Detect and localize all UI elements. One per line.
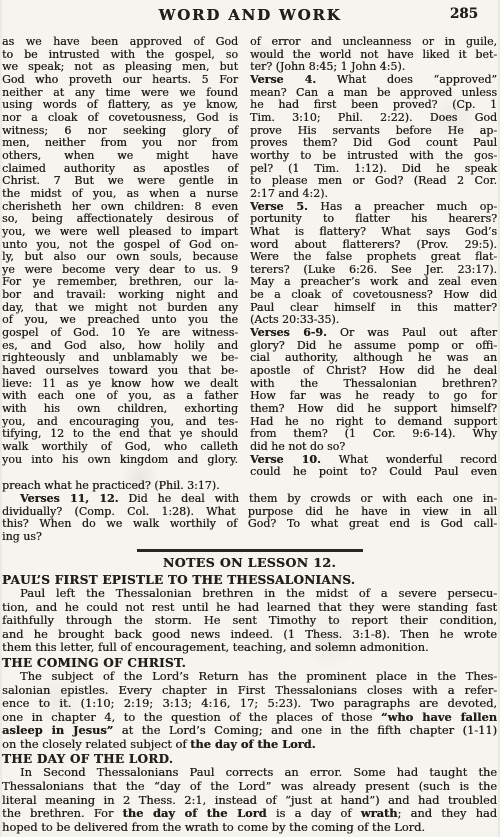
subsection-body-epistle: Paul left the Thessalonian brethren in t… — [2, 587, 497, 655]
text-line: Paul left the Thessalonian brethren in t… — [2, 587, 497, 601]
text-segment: Thessalonians that the “day of the Lord”… — [2, 779, 497, 793]
text-segment: Paul clear himself in this matter? — [250, 301, 497, 314]
left-column: as we have been approved of Godto be int… — [2, 36, 238, 479]
text-segment: May a preacher’s work and zeal even — [250, 275, 497, 288]
text-segment: claimed authority as apostles of — [2, 162, 238, 175]
right-column: of error and uncleanness or in guile,wou… — [250, 36, 497, 479]
text-segment: salonian epistles. Every chapter in Firs… — [2, 683, 497, 697]
bold-text-segment: wrath — [361, 806, 398, 820]
bold-text-segment: Verse 10. — [250, 453, 321, 466]
text-segment: Did he deal with them by crowds or with … — [118, 492, 497, 505]
text-segment: unto you, not the gospel of God on- — [2, 238, 238, 251]
page-header: WORD AND WORK 285 — [0, 0, 500, 33]
text-segment: Christ. 7 But we were gentle in — [2, 174, 238, 187]
notes-subsection-coming-of-christ: THE COMING OF CHRIST. The subject of the… — [2, 656, 497, 752]
text-segment: at the Lord’s Coming; and one in the fif… — [113, 723, 497, 737]
bold-text-segment: “who have fallen — [381, 710, 497, 724]
text-segment: ence to it. (1:10; 2:19; 3:13; 4:16, 17;… — [2, 696, 497, 710]
notes-subsection-day-of-the-lord: THE DAY OF THE LORD. In Second Thessalon… — [2, 752, 497, 834]
text-segment: we speak; not as pleasing men, but — [2, 60, 238, 73]
bold-text-segment: the day of the Lord — [123, 806, 267, 820]
text-segment: 2:17 and 4:2). — [250, 187, 328, 200]
text-segment: did he not do so? — [250, 440, 345, 453]
text-line: ence to it. (1:10; 2:19; 3:13; 4:16, 17;… — [2, 697, 497, 711]
text-segment: this? When do we walk worthily of God? T… — [2, 517, 497, 530]
text-segment: word about flatterers? (Prov. 29:5). — [250, 238, 497, 251]
text-segment: on the closely related subject of — [2, 737, 190, 751]
text-segment: For ye remember, brethren, our la- — [2, 275, 238, 288]
text-segment: proves them? Did God count Paul — [250, 136, 497, 149]
text-segment: Tim. 3:10; Phil. 2:22). Does God — [250, 111, 497, 124]
text-segment: literal meaning in 2 Thess. 2:1, instead… — [2, 793, 497, 807]
text-segment: glory? Did he assume pomp or offi- — [250, 339, 497, 352]
scanned-page: WORD AND WORK 285 as we have been approv… — [0, 0, 500, 837]
text-segment: Has a preacher much op- — [308, 200, 497, 213]
text-segment: he had first been proved? (Cp. 1 — [250, 98, 497, 111]
text-line: on the closely related subject of the da… — [2, 738, 497, 752]
text-segment: (Acts 20:33-35). — [250, 313, 339, 326]
text-segment: from them? (1 Cor. 9:6-14). Why — [250, 427, 497, 440]
bold-text-segment: Verse 4. — [250, 73, 316, 86]
text-segment: the brethren. For — [2, 806, 123, 820]
text-segment: and he brought back good news indeed. (1… — [2, 627, 497, 641]
text-segment: tion, and he could not rest until he had… — [2, 600, 497, 614]
bold-text-segment: the day of the Lord. — [190, 737, 315, 751]
merged-full-width-text: preach what he practiced? (Phil. 3:17).V… — [0, 479, 500, 544]
text-segment: apostle of Christ? How did he deal — [250, 364, 497, 377]
text-segment: cherisheth her own children: 8 even — [2, 200, 238, 213]
text-segment: faithfully through the storm. He sent Ti… — [2, 613, 497, 627]
text-segment: The subject of the Lord’s Return has the… — [20, 669, 497, 683]
text-segment: with each one of you, as a father — [2, 389, 238, 402]
text-segment: cial authority, although he was an — [250, 351, 497, 364]
text-segment: be a cloak of covetousness? How did — [250, 288, 497, 301]
text-segment: dividually? (Comp. Col. 1:28). What purp… — [2, 505, 497, 518]
text-line: hoped to be delivered from the wrath to … — [2, 821, 497, 835]
notes-subsection-epistle: PAUL’S FIRST EPISTLE TO THE THESSALONIAN… — [2, 573, 497, 655]
text-segment: portunity to flatter his hearers? — [250, 212, 497, 225]
text-segment: you into his own kingdom and glory. — [2, 453, 238, 466]
text-segment: mean? Can a man be approved unless — [250, 86, 497, 99]
text-segment: of error and uncleanness or in guile, — [250, 35, 497, 48]
text-segment: ye were become very dear to us. 9 — [2, 263, 238, 276]
text-segment: tifying, 12 to the end that ye should — [2, 427, 238, 440]
text-segment: with the Thessalonian brethren? — [250, 377, 497, 390]
text-segment: neither at any time were we found — [2, 86, 238, 99]
text-segment: hoped to be delivered from the wrath to … — [2, 820, 425, 834]
text-segment: What is flattery? What says God’s — [250, 225, 497, 238]
text-segment: as we have been approved of God — [2, 35, 238, 48]
text-segment: them? How did he support himself? — [250, 402, 497, 415]
text-segment: walk worthily of God, who calleth — [2, 440, 238, 453]
text-segment: so, being affectionately desirous of — [2, 212, 238, 225]
text-line: The subject of the Lord’s Return has the… — [2, 670, 497, 684]
bold-text-segment: Verse 5. — [250, 200, 308, 213]
text-segment: you, and encouraging you, and tes- — [2, 415, 238, 428]
text-segment: gospel of God. 10 Ye are witness- — [2, 326, 238, 339]
text-segment: ter? (John 8:45; 1 John 4:5). — [250, 60, 405, 73]
text-segment: What wonderful record — [321, 453, 497, 466]
text-line: literal meaning in 2 Thess. 2:1, instead… — [2, 794, 497, 808]
text-segment: day, that we might not burden any — [2, 301, 238, 314]
text-segment: es, and God also, how holily and — [2, 339, 238, 352]
text-segment: preach what he practiced? (Phil. 3:17). — [2, 479, 220, 492]
text-segment: them this letter, full of encouragement,… — [2, 640, 429, 654]
text-line: the brethren. For the day of the Lord is… — [2, 807, 497, 821]
text-segment: witness; 6 nor seeking glory of — [2, 124, 238, 137]
text-line: you into his own kingdom and glory. — [2, 454, 238, 467]
text-segment: pel? (1 Tim. 1:12). Did he speak — [250, 162, 497, 175]
text-segment: bor and travail: working night and — [2, 288, 238, 301]
text-line: one in chapter 4, to the question of the… — [2, 711, 497, 725]
subsection-heading-day-of-the-lord: THE DAY OF THE LORD. — [2, 752, 497, 766]
text-segment: the midst of you, as when a nurse — [2, 187, 238, 200]
text-segment: ly, but also our own souls, because — [2, 250, 238, 263]
text-segment: ing us? — [2, 530, 42, 543]
text-segment: What does “approved” — [316, 73, 497, 86]
text-segment: one in chapter 4, to the question of the… — [2, 710, 381, 724]
notes-section: NOTES ON LESSON 12. PAUL’S FIRST EPISTLE… — [0, 555, 500, 835]
text-segment: you, we were well pleased to impart — [2, 225, 238, 238]
text-segment: ; and they had — [397, 806, 497, 820]
text-segment: righteously and unblamably we be- — [2, 351, 238, 364]
bold-text-segment: asleep in Jesus” — [2, 723, 113, 737]
text-line: could he point to? Could Paul even — [250, 466, 497, 479]
text-segment: terers? (Luke 6:26. See Jer. 23:17). — [250, 263, 497, 276]
text-segment: prove His servants before He ap- — [250, 124, 497, 137]
subsection-body-day-of-the-lord: In Second Thessalonians Paul corrects an… — [2, 766, 497, 834]
text-segment: men, neither from you nor from — [2, 136, 238, 149]
notes-heading: NOTES ON LESSON 12. — [2, 555, 497, 570]
text-segment: worthy to be intrusted with the gos- — [250, 149, 497, 162]
bold-text-segment: Verses 6-9. — [250, 326, 327, 339]
page-number: 285 — [450, 6, 478, 22]
text-segment: In Second Thessalonians Paul corrects an… — [20, 765, 497, 779]
subsection-body-coming-of-christ: The subject of the Lord’s Return has the… — [2, 670, 497, 752]
text-segment: is a day of — [267, 806, 361, 820]
text-line: salonian epistles. Every chapter in Firs… — [2, 684, 497, 698]
text-segment: to be intrusted with the gospel, so — [2, 48, 238, 61]
text-segment: using words of flattery, as ye know, — [2, 98, 238, 111]
bold-text-segment: Verses 11, 12. — [20, 492, 118, 505]
text-segment: would the world not have liked it bet- — [250, 48, 497, 61]
text-line: tion, and he could not rest until he had… — [2, 601, 497, 615]
text-segment: of you, we preached unto you the — [2, 313, 238, 326]
two-column-body: as we have been approved of Godto be int… — [0, 33, 500, 479]
text-segment: lieve: 11 as ye know how we dealt — [2, 377, 238, 390]
text-line: In Second Thessalonians Paul corrects an… — [2, 766, 497, 780]
subsection-heading-epistle: PAUL’S FIRST EPISTLE TO THE THESSALONIAN… — [2, 573, 497, 587]
section-divider-rule — [137, 549, 363, 552]
text-line: and he brought back good news indeed. (1… — [2, 628, 497, 642]
text-segment: haved ourselves toward you that be- — [2, 364, 238, 377]
text-segment: Or was Paul out after — [327, 326, 497, 339]
text-line: faithfully through the storm. He sent Ti… — [2, 614, 497, 628]
text-segment: with his own children, exhorting — [2, 402, 238, 415]
text-segment: How far was he ready to go for — [250, 389, 497, 402]
text-segment: others, when we might have — [2, 149, 238, 162]
page-title: WORD AND WORK — [0, 6, 500, 24]
text-line: them this letter, full of encouragement,… — [2, 641, 497, 655]
text-segment: God who proveth our hearts. 5 For — [2, 73, 238, 86]
text-line: ing us? — [2, 531, 497, 544]
text-segment: Paul left the Thessalonian brethren in t… — [20, 586, 497, 600]
text-segment: Were the false prophets great flat- — [250, 250, 497, 263]
text-line: Thessalonians that the “day of the Lord”… — [2, 780, 497, 794]
text-line: asleep in Jesus” at the Lord’s Coming; a… — [2, 724, 497, 738]
text-line: this? When do we walk worthily of God? T… — [2, 518, 497, 531]
text-segment: to please men or God? (Read 2 Cor. — [250, 174, 497, 187]
text-segment: nor a cloak of covetousness, God is — [2, 111, 238, 124]
text-segment: could he point to? Could Paul even — [250, 465, 497, 478]
text-segment: Had he no right to demand support — [250, 415, 497, 428]
subsection-heading-coming-of-christ: THE COMING OF CHRIST. — [2, 656, 497, 670]
